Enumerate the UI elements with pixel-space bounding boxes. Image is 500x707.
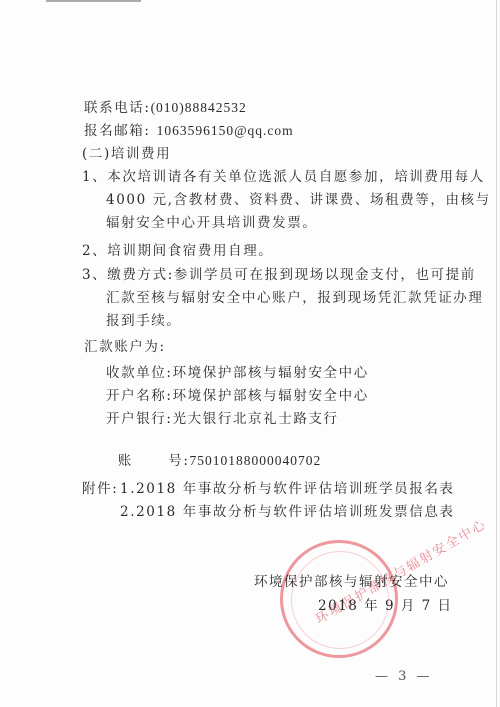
fee-item-3-line-3: 报到手续。 <box>106 312 182 330</box>
fee-item-1-line-2: 4000 元,含教材费、资料费、讲课费、场租费等，由核与 <box>106 191 491 209</box>
bank-value: 光大银行北京礼士路支行 <box>173 411 339 427</box>
page-edge <box>496 0 497 707</box>
phone-label: 联系电话: <box>84 100 151 116</box>
signature-organization: 环境保护部核与辐射安全中心 <box>254 570 449 590</box>
contact-phone: 联系电话:(010)88842532 <box>84 99 247 117</box>
attachments-label: 附件: <box>82 480 118 498</box>
signature-date: 2018 年 9 月 7 日 <box>318 594 453 614</box>
item-number: 1、 <box>82 169 107 185</box>
fee-item-3-line-2: 汇款至核与辐射安全中心账户，报到现场凭汇款凭证办理 <box>106 289 484 307</box>
account-name-row: 开户名称:环境保护部核与辐射安全中心 <box>106 387 369 405</box>
attachment-1: 1.2018 年事故分析与软件评估培训班学员报名表 <box>120 480 455 498</box>
fee-item-1: 1、本次培训请各有关单位选派人员自愿参加，培训费用每人 <box>82 168 485 186</box>
fee-item-1-line-3: 辐射安全中心开具培训费发票。 <box>106 214 317 232</box>
payee-row: 收款单位:环境保护部核与辐射安全中心 <box>106 364 369 382</box>
item-number: 2、 <box>82 243 107 259</box>
attachment-2: 2.2018 年事故分析与软件评估培训班发票信息表 <box>120 503 455 521</box>
bank-label: 开户银行: <box>106 410 173 428</box>
remittance-heading: 汇款账户为: <box>84 338 166 356</box>
bank-row: 开户银行:光大银行北京礼士路支行 <box>106 410 339 428</box>
scan-artifact <box>46 0 141 2</box>
account-name-value: 环境保护部核与辐射安全中心 <box>173 388 369 404</box>
email-label: 报名邮箱: <box>84 123 151 139</box>
account-number-label: 账 号: <box>118 452 190 470</box>
payee-value: 环境保护部核与辐射安全中心 <box>173 365 369 381</box>
fee-item-2: 2、培训期间食宿费用自理。 <box>82 242 273 260</box>
phone-value: (010)88842532 <box>151 100 247 115</box>
account-number-value: 75010188000040702 <box>190 453 322 468</box>
contact-email: 报名邮箱:1063596150@qq.com <box>84 122 294 140</box>
item-number: 3、 <box>82 267 107 283</box>
section-heading: (二)培训费用 <box>82 145 171 163</box>
fee-item-3: 3、缴费方式:参训学员可在报到现场以现金支付，也可提前 <box>82 266 476 284</box>
account-number-row: 账 号:75010188000040702 <box>106 434 321 470</box>
email-value: 1063596150@qq.com <box>157 123 294 138</box>
page-number: — 3 — <box>375 669 433 684</box>
payee-label: 收款单位: <box>106 364 173 382</box>
account-name-label: 开户名称: <box>106 387 173 405</box>
